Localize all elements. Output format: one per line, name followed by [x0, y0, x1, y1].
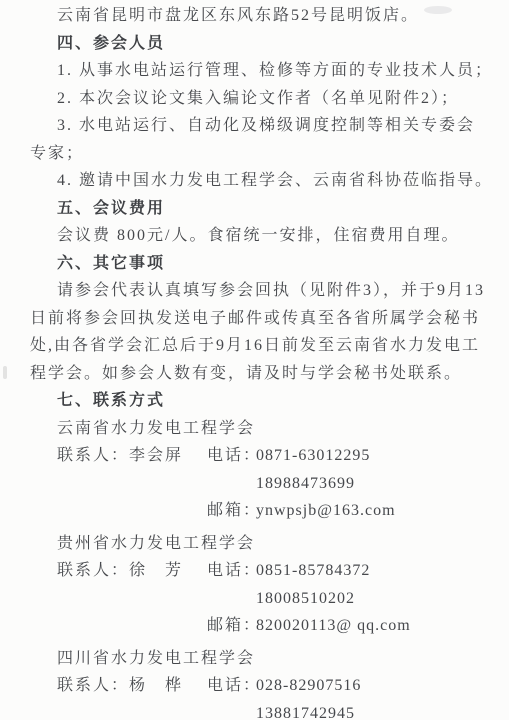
contact-label: 电话：	[207, 557, 261, 585]
doc-line: 贵州省水力发电工程学会	[30, 530, 500, 558]
contact-label: 邮箱：	[207, 612, 261, 640]
doc-line: 专家；	[30, 140, 500, 168]
scan-smudge	[3, 366, 7, 379]
doc-line: 程学会。如参会人数有变，请及时与学会秘书处联系。	[30, 360, 500, 388]
doc-line: 四川省水力发电工程学会	[30, 645, 500, 673]
line-text: 处,由各省学会汇总后于9月16日前发至云南省水力发电工	[30, 337, 480, 354]
line-text: 七、联系方式	[57, 392, 165, 409]
line-text: 六、其它事项	[57, 255, 165, 272]
contact-person: 联系人：杨 桦	[57, 677, 183, 694]
doc-line: 18008510202	[30, 585, 500, 613]
doc-line: 四、参会人员	[30, 30, 500, 58]
line-text: 云南省水力发电工程学会	[57, 420, 255, 437]
line-text: 2. 本次会议论文集入编论文作者（名单见附件2）；	[57, 90, 459, 107]
line-text: 4. 邀请中国水力发电工程学会、云南省科协莅临指导。	[57, 172, 493, 189]
doc-line: 2. 本次会议论文集入编论文作者（名单见附件2）；	[30, 85, 500, 113]
contact-value: 13881742945	[256, 700, 355, 720]
doc-line: 邮箱： ynwpsjb@163.com	[30, 497, 500, 525]
line-text: 四、参会人员	[57, 35, 165, 52]
line-text: 请参会代表认真填写参会回执（见附件3），并于9月13	[57, 282, 485, 299]
scanned-document-page: 云南省昆明市盘龙区东风东路52号昆明饭店。 四、参会人员 1. 从事水电站运行管…	[0, 0, 509, 720]
doc-line: 联系人：李会屏 电话： 0871-63012295	[30, 442, 500, 470]
line-text: 专家；	[30, 145, 84, 162]
contact-label: 邮箱：	[207, 497, 261, 525]
doc-line: 五、会议费用	[30, 195, 500, 223]
contact-person: 联系人：李会屏	[57, 447, 183, 464]
doc-line: 云南省昆明市盘龙区东风东路52号昆明饭店。	[30, 2, 500, 30]
line-text: 五、会议费用	[57, 200, 165, 217]
contact-value: 18008510202	[256, 585, 355, 613]
doc-line: 六、其它事项	[30, 250, 500, 278]
document-content: 云南省昆明市盘龙区东风东路52号昆明饭店。 四、参会人员 1. 从事水电站运行管…	[30, 2, 500, 720]
contact-label: 电话：	[207, 672, 261, 700]
line-text: 四川省水力发电工程学会	[57, 650, 255, 667]
contact-value: 028-82907516	[256, 672, 361, 700]
line-text: 程学会。如参会人数有变，请及时与学会秘书处联系。	[30, 365, 462, 382]
contact-value: 18988473699	[256, 470, 355, 498]
line-text: 日前将参会回执发送电子邮件或传真至各省所属学会秘书	[30, 310, 480, 327]
doc-line: 请参会代表认真填写参会回执（见附件3），并于9月13	[30, 277, 500, 305]
doc-line: 18988473699	[30, 470, 500, 498]
doc-line: 联系人：杨 桦 电话： 028-82907516	[30, 672, 500, 700]
doc-line: 日前将参会回执发送电子邮件或传真至各省所属学会秘书	[30, 305, 500, 333]
contact-value: ynwpsjb@163.com	[256, 497, 396, 525]
doc-line: 3. 水电站运行、自动化及梯级调度控制等相关专委会	[30, 112, 500, 140]
contact-label: 电话：	[207, 442, 261, 470]
line-text: 云南省昆明市盘龙区东风东路52号昆明饭店。	[57, 7, 419, 24]
line-text: 3. 水电站运行、自动化及梯级调度控制等相关专委会	[57, 117, 475, 134]
contact-value: 0871-63012295	[256, 442, 370, 470]
line-text: 1. 从事水电站运行管理、检修等方面的专业技术人员；	[57, 62, 493, 79]
doc-line: 13881742945	[30, 700, 500, 720]
doc-line: 联系人：徐 芳 电话： 0851-85784372	[30, 557, 500, 585]
line-text: 会议费 800元/人。食宿统一安排，住宿费用自理。	[57, 227, 459, 244]
contact-value: 0851-85784372	[256, 557, 370, 585]
doc-line: 4. 邀请中国水力发电工程学会、云南省科协莅临指导。	[30, 167, 500, 195]
doc-line: 云南省水力发电工程学会	[30, 415, 500, 443]
doc-line: 1. 从事水电站运行管理、检修等方面的专业技术人员；	[30, 57, 500, 85]
doc-line: 会议费 800元/人。食宿统一安排，住宿费用自理。	[30, 222, 500, 250]
contact-value: 820020113@ qq.com	[256, 612, 411, 640]
doc-line: 邮箱： 820020113@ qq.com	[30, 612, 500, 640]
doc-line: 七、联系方式	[30, 387, 500, 415]
doc-line: 处,由各省学会汇总后于9月16日前发至云南省水力发电工	[30, 332, 500, 360]
contact-person: 联系人：徐 芳	[57, 562, 183, 579]
line-text: 贵州省水力发电工程学会	[57, 535, 255, 552]
